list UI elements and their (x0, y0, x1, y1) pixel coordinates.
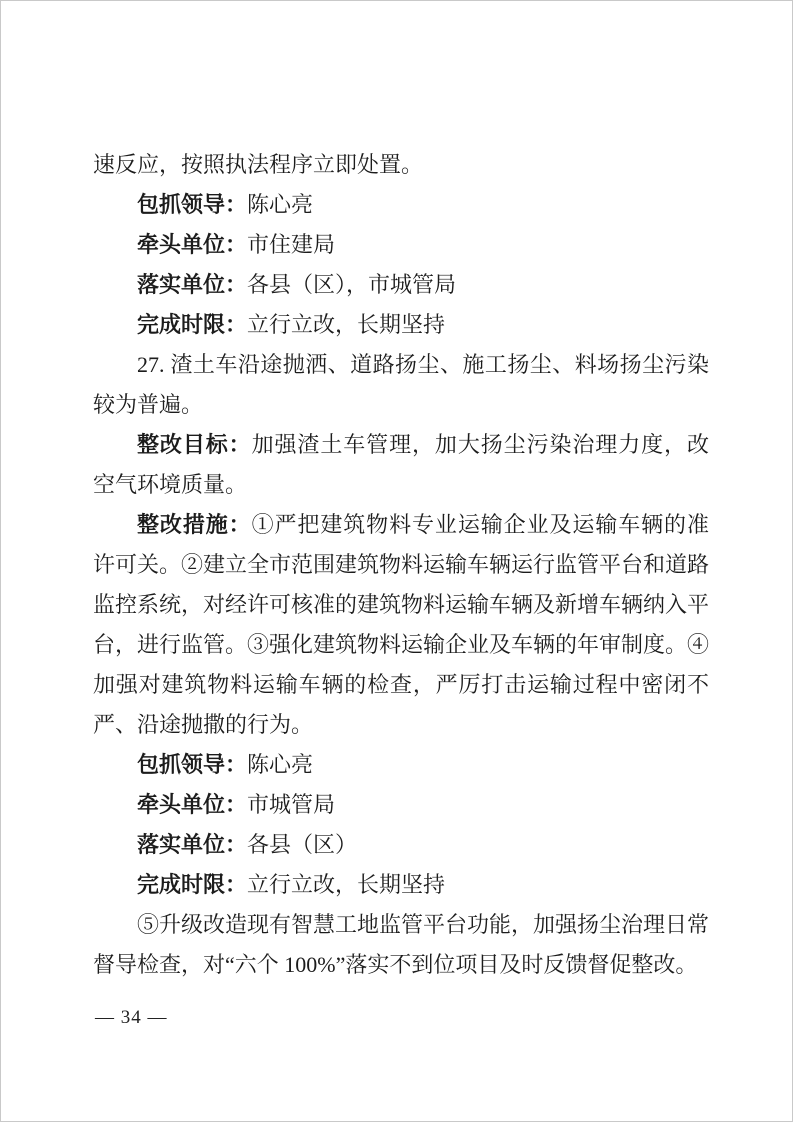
text-line: 许可关。②建立全市范围建筑物料运输车辆运行监管平台和道路 (93, 545, 709, 585)
field-label: 落实单位： (137, 832, 247, 857)
text-line: 包抓领导：陈心亮 (93, 185, 709, 225)
field-label: 包抓领导： (137, 752, 247, 777)
text-segment: 台，进行监管。③强化建筑物料运输企业及车辆的年审制度。④ (93, 632, 709, 657)
text-line: 督导检查，对“六个 100%”落实不到位项目及时反馈督促整改。 (93, 945, 709, 985)
text-line: 27. 渣土车沿途抛洒、道路扬尘、施工扬尘、料场扬尘污染 (93, 345, 709, 385)
text-segment: 许可关。②建立全市范围建筑物料运输车辆运行监管平台和道路 (93, 552, 709, 577)
text-line: 完成时限：立行立改，长期坚持 (93, 305, 709, 345)
text-segment: 加强对建筑物料运输车辆的检查，严厉打击运输过程中密闭不 (93, 672, 709, 697)
text-line: 速反应，按照执法程序立即处置。 (93, 145, 709, 185)
text-segment: 严、沿途抛撒的行为。 (93, 712, 313, 737)
text-line: 牵头单位：市城管局 (93, 785, 709, 825)
text-line: 监控系统，对经许可核准的建筑物料运输车辆及新增车辆纳入平 (93, 585, 709, 625)
text-line: 整改目标：加强渣土车管理，加大扬尘污染治理力度，改善 (93, 425, 709, 465)
document-page: 速反应，按照执法程序立即处置。包抓领导：陈心亮牵头单位：市住建局落实单位：各县（… (0, 0, 793, 1122)
document-body: 速反应，按照执法程序立即处置。包抓领导：陈心亮牵头单位：市住建局落实单位：各县（… (93, 145, 709, 985)
text-segment: 各县（区），市城管局 (247, 272, 456, 297)
text-segment: 陈心亮 (247, 752, 313, 777)
text-segment: 速反应，按照执法程序立即处置。 (93, 152, 423, 177)
text-segment: 督导检查，对“六个 100%”落实不到位项目及时反馈督促整改。 (93, 952, 697, 977)
field-label: 牵头单位： (137, 232, 247, 257)
text-segment: 监控系统，对经许可核准的建筑物料运输车辆及新增车辆纳入平 (93, 592, 709, 617)
text-segment: 较为普遍。 (93, 392, 203, 417)
text-line: 台，进行监管。③强化建筑物料运输企业及车辆的年审制度。④ (93, 625, 709, 665)
field-label: 包抓领导： (137, 192, 247, 217)
text-segment: 市住建局 (247, 232, 335, 257)
field-label: 牵头单位： (137, 792, 247, 817)
field-label: 落实单位： (137, 272, 247, 297)
text-line: 加强对建筑物料运输车辆的检查，严厉打击运输过程中密闭不 (93, 665, 709, 705)
field-label: 整改措施： (137, 512, 252, 537)
text-line: 完成时限：立行立改，长期坚持 (93, 865, 709, 905)
text-line: 落实单位：各县（区），市城管局 (93, 265, 709, 305)
text-line: 包抓领导：陈心亮 (93, 745, 709, 785)
text-line: 落实单位：各县（区） (93, 825, 709, 865)
text-segment: 立行立改，长期坚持 (247, 312, 445, 337)
text-segment: 27. 渣土车沿途抛洒、道路扬尘、施工扬尘、料场扬尘污染 (137, 352, 709, 377)
text-line: 严、沿途抛撒的行为。 (93, 705, 709, 745)
text-segment: 市城管局 (247, 792, 335, 817)
text-segment: ⑤升级改造现有智慧工地监管平台功能，加强扬尘治理日常 (137, 912, 709, 937)
text-line: ⑤升级改造现有智慧工地监管平台功能，加强扬尘治理日常 (93, 905, 709, 945)
field-label: 完成时限： (137, 312, 247, 337)
field-label: 整改目标： (137, 432, 252, 457)
text-segment: 陈心亮 (247, 192, 313, 217)
text-line: 整改措施：①严把建筑物料专业运输企业及运输车辆的准入 (93, 505, 709, 545)
text-segment: 各县（区） (247, 832, 357, 857)
text-segment: 空气环境质量。 (93, 472, 247, 497)
text-segment: 立行立改，长期坚持 (247, 872, 445, 897)
text-line: 空气环境质量。 (93, 465, 709, 505)
field-label: 完成时限： (137, 872, 247, 897)
text-line: 较为普遍。 (93, 385, 709, 425)
text-line: 牵头单位：市住建局 (93, 225, 709, 265)
page-number: — 34 — (95, 1004, 168, 1032)
